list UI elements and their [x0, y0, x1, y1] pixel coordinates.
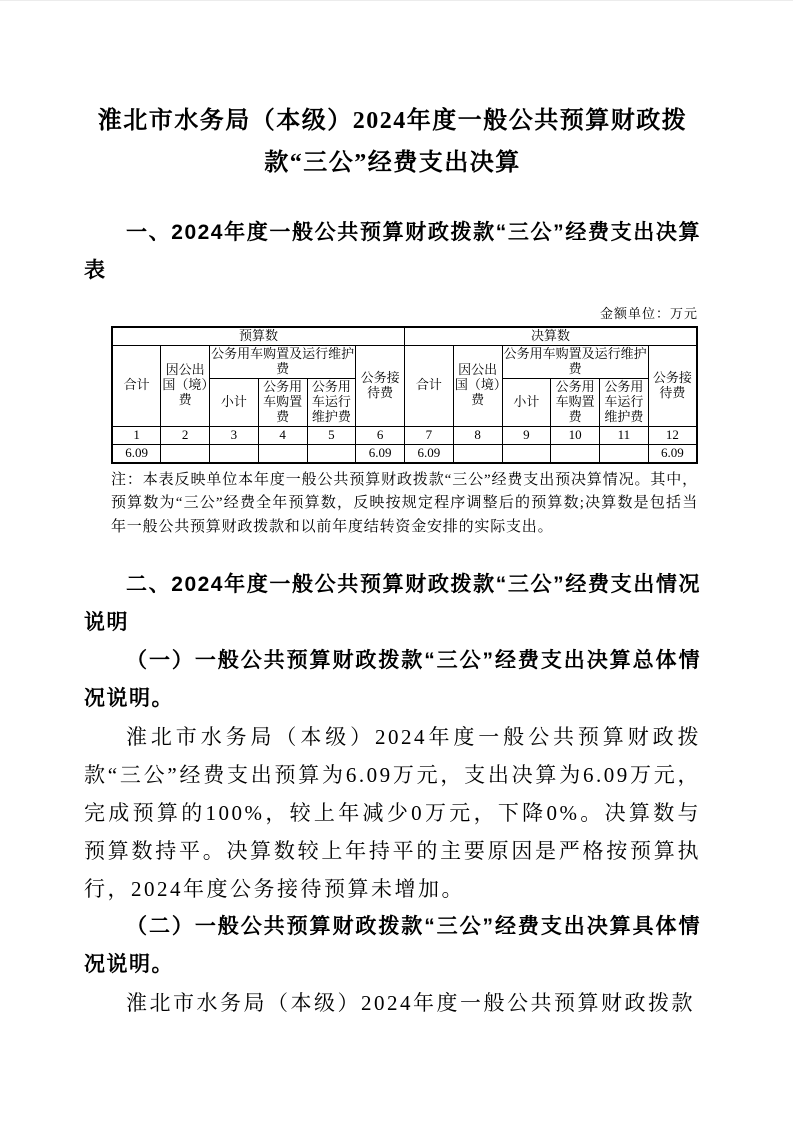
- value-cell: 6.09: [112, 444, 161, 462]
- column-number-row: 1 2 3 4 5 6 7 8 9 10 11 12: [112, 426, 697, 444]
- subsection1-paragraph: 淮北市水务局（本级）2024年度一般公共预算财政拨款“三公”经费支出预算为6.0…: [84, 718, 701, 908]
- col-number: 9: [502, 426, 551, 444]
- document-title: 淮北市水务局（本级）2024年度一般公共预算财政拨 款“三公”经费支出决算: [84, 100, 701, 184]
- value-cell: 6.09: [405, 444, 454, 462]
- col-number: 11: [600, 426, 649, 444]
- col-header-final-purchase: 公务用车购置费: [551, 378, 600, 426]
- title-line-2: 款“三公”经费支出决算: [84, 142, 701, 184]
- section2-heading: 二、2024年度一般公共预算财政拨款“三公”经费支出情况说明: [84, 566, 701, 642]
- subsection2-paragraph: 淮北市水务局（本级）2024年度一般公共预算财政拨款: [84, 984, 701, 1022]
- col-number: 5: [307, 426, 356, 444]
- unit-label: 金额单位：万元: [111, 304, 698, 324]
- subsection2-heading: （二）一般公共预算财政拨款“三公”经费支出决算具体情况说明。: [84, 908, 701, 984]
- col-number: 1: [112, 426, 161, 444]
- value-cell: [307, 444, 356, 462]
- group-header-final: 决算数: [405, 327, 698, 345]
- col-header-budget-operation: 公务用车运行维护费: [307, 378, 356, 426]
- value-cell: [161, 444, 210, 462]
- sangong-expense-table: 预算数 决算数 合计 因公出国（境）费 公务用车购置及运行维护费 公务接待费 合…: [111, 326, 698, 464]
- title-line-1: 淮北市水务局（本级）2024年度一般公共预算财政拨: [84, 100, 701, 142]
- value-cell: 6.09: [356, 444, 405, 462]
- col-header-budget-subtotal: 小计: [210, 378, 259, 426]
- col-number: 6: [356, 426, 405, 444]
- table-note: 注：本表反映单位本年度一般公共预算财政拨款“三公”经费支出预决算情况。其中，预算…: [111, 469, 698, 540]
- col-number: 2: [161, 426, 210, 444]
- col-header-budget-abroad: 因公出国（境）费: [161, 345, 210, 426]
- col-header-final-abroad: 因公出国（境）费: [453, 345, 502, 426]
- col-header-budget-reception: 公务接待费: [356, 345, 405, 426]
- value-cell: [258, 444, 307, 462]
- table-block: 金额单位：万元 预算数 决算数 合计 因公出国（境）费 公务用车购置及运行维护费…: [111, 304, 698, 539]
- document-page: 淮北市水务局（本级）2024年度一般公共预算财政拨 款“三公”经费支出决算 一、…: [0, 0, 793, 1122]
- value-cell: 6.09: [648, 444, 697, 462]
- col-header-final-operation: 公务用车运行维护费: [600, 378, 649, 426]
- value-cell: [453, 444, 502, 462]
- col-number: 7: [405, 426, 454, 444]
- col-header-budget-purchase: 公务用车购置费: [258, 378, 307, 426]
- value-row: 6.09 6.09 6.09 6.09: [112, 444, 697, 462]
- value-cell: [551, 444, 600, 462]
- col-header-final-vehicle-group: 公务用车购置及运行维护费: [502, 345, 648, 378]
- col-header-final-subtotal: 小计: [502, 378, 551, 426]
- subsection1-heading: （一）一般公共预算财政拨款“三公”经费支出决算总体情况说明。: [84, 642, 701, 718]
- value-cell: [600, 444, 649, 462]
- table-header-row-1: 合计 因公出国（境）费 公务用车购置及运行维护费 公务接待费 合计 因公出国（境…: [112, 345, 697, 378]
- col-header-final-total: 合计: [405, 345, 454, 426]
- col-header-final-reception: 公务接待费: [648, 345, 697, 426]
- col-header-budget-total: 合计: [112, 345, 161, 426]
- col-number: 8: [453, 426, 502, 444]
- col-number: 10: [551, 426, 600, 444]
- group-header-budget: 预算数: [112, 327, 405, 345]
- section1-heading: 一、2024年度一般公共预算财政拨款“三公”经费支出决算表: [84, 214, 701, 290]
- col-number: 4: [258, 426, 307, 444]
- col-header-budget-vehicle-group: 公务用车购置及运行维护费: [210, 345, 356, 378]
- value-cell: [210, 444, 259, 462]
- table-group-row: 预算数 决算数: [112, 327, 697, 345]
- col-number: 3: [210, 426, 259, 444]
- col-number: 12: [648, 426, 697, 444]
- value-cell: [502, 444, 551, 462]
